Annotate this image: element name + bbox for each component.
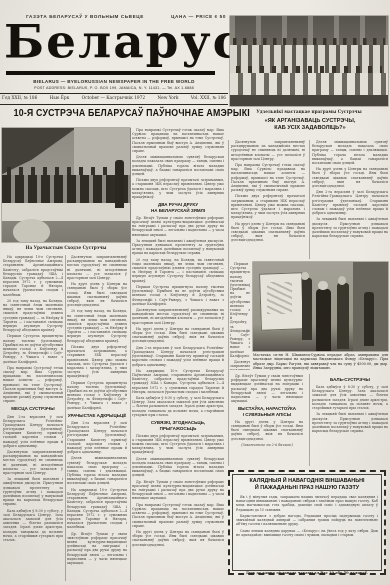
body-paragraph: Пра напрамкі Сустрэчаў гэтак сказаў мар.… (132, 503, 224, 528)
section-subhead: МЕСЦА СУСТРЭЧЫ (3, 406, 63, 412)
body-paragraph: Дзеля міжнацыянальных сувязяў беларуская… (132, 457, 224, 478)
city-left: Нью Ёрк (50, 96, 70, 101)
text-column-1: На адкрыцьці 10-е Сустрэчы Беларусаў Паў… (3, 255, 63, 581)
body-paragraph: Др. Вітаўт Тумаш у сваім змястоўным рэфэ… (231, 374, 303, 403)
body-paragraph: Першая Сустрэча прыцягнула палову тысячы… (67, 381, 127, 410)
newspaper-title: Беларус (4, 18, 219, 66)
body-paragraph: Пра напрамкі Сустрэчаў гэтак сказаў мар.… (132, 128, 224, 153)
body-paragraph: Дня 2-га верасьня ў залі Беларускага Рэл… (312, 190, 388, 215)
text-column-5-upper: Дзеля міжнацыянальных сувязяў беларуская… (312, 140, 388, 259)
foreground-flowers (10, 217, 54, 242)
body-paragraph: Як і ў мінулыя гады, запрашаем нашых чыт… (236, 495, 378, 512)
stage-floor (230, 95, 388, 106)
body-paragraph: На другі дзень у Цэнтры на сьняданьні бы… (67, 282, 127, 307)
city-right: New York (157, 96, 178, 101)
body-paragraph: На адкрыцьці 10-е Сустрэчы Беларусаў Паў… (67, 488, 127, 530)
masthead: ГАЗЭТА БЕЛАРУСАЎ У ВОЛЬНЫМ СЬВЕЦЕ ЦАНА —… (0, 4, 228, 106)
presidium-seated-row (2, 175, 130, 207)
volume-right: Vol. XXII, № 186 (191, 96, 226, 101)
text-column-4-lower: Др. Вітаўт Тумаш у сваім змястоўным рэфэ… (231, 374, 303, 466)
dateline-row: Год XXII, № 186 Нью Ёрк October — Кастры… (2, 96, 226, 101)
column-rule (309, 140, 310, 259)
greetings-box-headline: КАЛЯДНЫЯ Й НАВАГОДНІЯ ВІНШАВАНЬНІ Й ПАЖА… (236, 478, 378, 493)
text-column-4-upper: Дасягнутых запрыязьненьняў расьцярушаных… (231, 140, 305, 259)
body-paragraph: Самы лепшы калядны дарунак — «Беларус» н… (236, 529, 378, 537)
body-paragraph: Баль адбыўся ў 8:30 у суботу, у залі Бел… (132, 396, 224, 417)
body-paragraph: Пісьмы двух рэфэрэнтаў прачыталі затрыма… (132, 434, 224, 455)
body-paragraph: Баль адбыўся ў 8:30 у суботу, у залі Бел… (3, 509, 63, 542)
body-paragraph: За лекцыяй былі пытаньні і ажыўленая дыс… (3, 477, 63, 506)
body-paragraph: 20 год таму назад, на Коляды, на сьвяточ… (3, 299, 63, 332)
body-paragraph: На другі дзень у Цэнтры на сьняданьні бы… (132, 530, 224, 547)
figure-man-left (302, 278, 313, 340)
greetings-box-text: Як і ў мінулыя гады, запрашаем нашых чыт… (236, 495, 378, 569)
body-paragraph: За лекцыяй былі пытаньні і ажыўленая дыс… (312, 412, 388, 433)
english-subtitle: BIELARUS — BYELORUSSIAN NEWSPAPER IN THE… (0, 79, 228, 84)
newspaper-page: ГАЗЭТА БЕЛАРУСАЎ У ВОЛЬНЫМ СЬВЕЦЕ ЦАНА —… (0, 0, 390, 585)
main-headline: 10-Я СУСТРЭЧА БЕЛАРУСАЎ ПАЎНОЧНАЕ АМЭРЫК… (14, 108, 215, 119)
body-paragraph: 20 год таму назад, на Коляды, на сьвяточ… (132, 258, 224, 283)
body-paragraph: Пра напрамкі Сустрэчаў гэтак сказаў мар.… (231, 163, 305, 192)
man-left-head (301, 272, 309, 280)
photo-art-auction (253, 262, 388, 351)
figure-background (364, 292, 375, 345)
body-paragraph: Др. Вітаўт Тумаш у сваім змястоўным рэфэ… (67, 532, 127, 565)
body-paragraph: Пісьмы двух рэфэрэнтаў прачыталі затрыма… (132, 178, 224, 199)
section-subhead: ВЫСТАЎКА, НАРАСТОЎКА І СУВЯЗЬНЫЯ АПІСЫ (231, 406, 303, 417)
body-paragraph: За лекцыяй былі пытаньні і ажыўленая дыс… (312, 217, 388, 238)
dateline-rule-bottom (0, 104, 228, 105)
title-underline (6, 71, 215, 75)
artwork-sketch (267, 282, 293, 314)
body-paragraph: На другі дзень у Цэнтры на сьняданьні бы… (312, 167, 388, 188)
body-paragraph: Пра напрамкі Сустрэчаў гэтак сказаў мар.… (3, 366, 63, 404)
text-column-3: Пра напрамкі Сустрэчаў гэтак сказаў мар.… (132, 128, 224, 581)
greetings-announcement-box: КАЛЯДНЫЯ Й НАВАГОДНІЯ ВІНШАВАНЬНІ Й ПАЖА… (228, 470, 386, 575)
body-paragraph: Першая Сустрэча прыцягнула палову тысячы… (3, 334, 63, 363)
photo-caption-presidium: На Урачыстым Сходзе Сустрэчы (2, 245, 130, 250)
body-paragraph: Дзеля міжнацыянальных сувязяў беларуская… (67, 456, 127, 485)
figure-woman (316, 289, 331, 351)
standing-figure (115, 160, 124, 208)
body-paragraph: Дня 2-га верасьня ў залі Беларускага Рэл… (132, 346, 224, 367)
column-rule (309, 374, 310, 466)
column-rule (228, 140, 229, 466)
body-paragraph: Др. Вітаўт Тумаш у сваім змястоўным рэфэ… (132, 216, 224, 237)
body-paragraph: Дасягнутых запрыязьненьняў расьцярушаных… (67, 255, 127, 280)
body-paragraph: Дзеля міжнацыянальных сувязяў беларуская… (132, 155, 224, 176)
photo-caption-auction: Мастачка сп-ня Н. Шыманец-Сурвіла перада… (253, 353, 388, 371)
continuation-note: (Заканчэньне на 2-й бачыне) (231, 443, 303, 447)
text-column-2: Дасягнутых запрыязьненьняў расьцярушаных… (67, 255, 127, 581)
body-paragraph: Дасягнутых запрыязьненьняў расьцярушаных… (132, 308, 224, 325)
org-article-headline: «ЯК АРГАНІЗАВАЦЬ СУСТРЭЧЫ, КАБ УСІХ ЗАДА… (232, 118, 388, 133)
body-paragraph: Першая Сустрэча прыцягнула палову тысячы… (230, 262, 250, 358)
body-paragraph: 20 год таму назад, на Коляды, на сьвяточ… (67, 309, 127, 342)
issue-date: October — Кастрычнік 1972 (82, 96, 146, 101)
section-subhead: УРАЧЫСТАЕ АДКРЫЦЬЦЁ (67, 413, 127, 419)
text-column-5-lower: БАЛЬ-СУСТРЭЧЫБаль адбыўся ў 8:30 у субот… (312, 374, 388, 466)
dateline-rule-top (0, 93, 228, 94)
column-rule (130, 128, 131, 581)
body-paragraph: Дня 2-га верасьня ў залі Беларускага Рэл… (67, 421, 127, 454)
figure-man-right (337, 283, 349, 349)
body-paragraph: На другі дзень у Цэнтры на сьняданьні бы… (231, 222, 305, 243)
front-row-figures (230, 73, 388, 97)
body-paragraph: На адкрыцьці 10-е Сустрэчы Беларусаў Паў… (3, 255, 63, 297)
body-paragraph: Карыстаючыся з добрае нагоды, Рэдакцыя п… (236, 514, 378, 527)
postal-address: POST ADDRESS: BIELARUS, P. O. BOX 199, J… (0, 86, 228, 90)
photo-program-participants (230, 16, 388, 106)
body-paragraph: Першая Сустрэча прыцягнула палову тысячы… (132, 285, 224, 306)
volume-left: Год XXII, № 186 (2, 96, 37, 101)
body-paragraph: Дасягнутых запрыязьненьняў расьцярушаных… (3, 450, 63, 475)
photo-caption-program: Удзельнікі мастацкае праграмы Сустрэчы (230, 109, 388, 114)
section-subhead: СУВЯЗКІ, ЗГОДНАСЬЦЬ, ПРЫГАЖОСЬЦЬ (132, 420, 224, 431)
text-strip-beside-photo: Першая Сустрэча прыцягнула палову тысячы… (230, 262, 250, 370)
body-paragraph: Др. Вітаўт Тумаш у сваім змястоўным рэфэ… (132, 480, 224, 501)
photo-presidium (2, 128, 130, 242)
section-subhead: БАЛЬ-СУСТРЭЧЫ (312, 377, 388, 383)
body-paragraph: Дзеля міжнацыянальных сувязяў беларуская… (312, 140, 388, 165)
body-paragraph: Пісьмы двух рэфэрэнтаў прачыталі затрыма… (67, 345, 127, 378)
greetings-box-final-line: Дык да канца лістапада чакаем ад Вас 10 … (236, 571, 378, 575)
body-paragraph: За лекцыяй былі пытаньні і ажыўленая дыс… (132, 239, 224, 256)
column-rule (65, 255, 66, 581)
section-subhead: ДВА РУЧАІ ДРУКУ НА БЕЛАРУСКАЙ ЗЯМЛІ (132, 202, 224, 213)
body-paragraph: Пісьмы двух рэфэрэнтаў прачыталі затрыма… (231, 194, 305, 219)
body-paragraph: Дасягнутых запрыязьненьняў расьцярушаных… (231, 140, 305, 161)
body-paragraph: Дасягнутых запрыязьненьняў расьцярушаных… (230, 360, 250, 370)
body-paragraph: На адкрыцьці 10-е Сустрэчы Беларусаў Паў… (132, 369, 224, 394)
body-paragraph: Баль адбыўся ў 8:30 у суботу, у залі Бел… (312, 385, 388, 410)
body-paragraph: На другі дзень у Цэнтры на сьняданьні бы… (231, 420, 303, 441)
body-paragraph: Дня 2-га верасьня ў залі Беларускага Рэл… (3, 415, 63, 448)
body-paragraph: На другі дзень у Цэнтры на сьняданьні бы… (132, 327, 224, 344)
